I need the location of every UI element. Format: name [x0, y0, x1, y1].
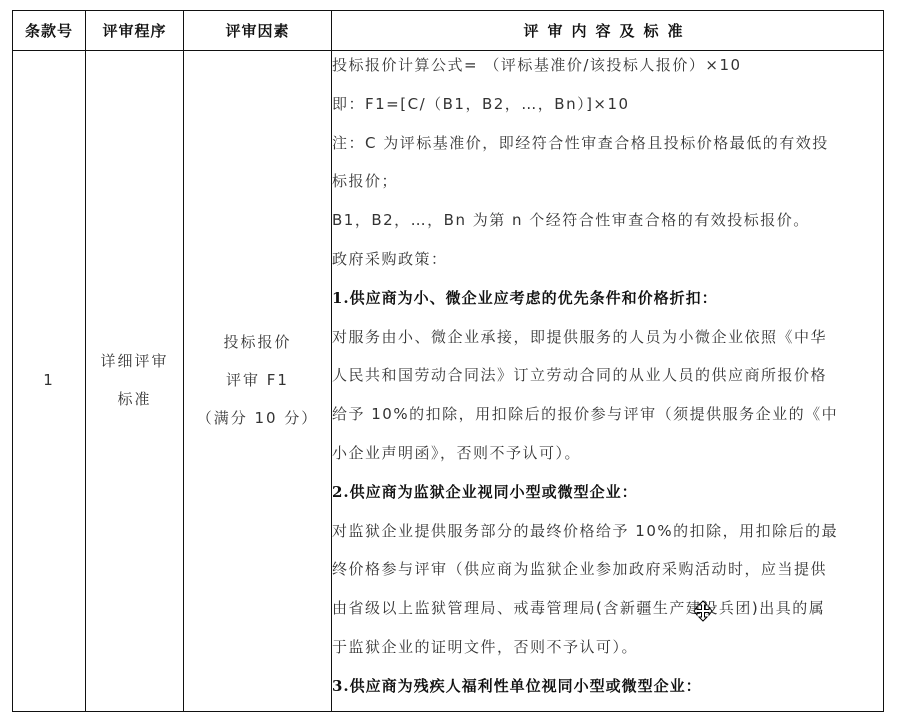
content-cell: 投标报价计算公式= （评标基准价/该投标人报价）×10 即：F1=[C/（B1，… [332, 51, 884, 712]
content-line: 标报价； [332, 167, 883, 206]
content-line: 由省级以上监狱管理局、戒毒管理局(含新疆生产建设兵团)出具的属 [332, 594, 883, 633]
header-review-procedure: 评审程序 [86, 11, 184, 51]
content-line: 即：F1=[C/（B1，B2，…，Bn）]×10 [332, 90, 883, 129]
clause-number: 1 [13, 366, 85, 395]
content-line: 给予 10%的扣除，用扣除后的报价参与评审（须提供服务企业的《中 [332, 400, 883, 439]
policy-heading-3: 3.供应商为残疾人福利性单位视同小型或微型企业： [332, 672, 883, 711]
factor-line: （满分 10 分） [184, 404, 331, 433]
content-line: 于监狱企业的证明文件，否则不予认可）。 [332, 633, 883, 672]
content-line: 终价格参与评审（供应商为监狱企业参加政府采购活动时，应当提供 [332, 555, 883, 594]
factor-line: 评审 F1 [184, 366, 331, 395]
evaluation-criteria-table: 条款号 评审程序 评审因素 评审内容及标准 1 详细评审 标准 投标报价 评审 … [12, 10, 884, 712]
document-page: 条款号 评审程序 评审因素 评审内容及标准 1 详细评审 标准 投标报价 评审 … [0, 0, 897, 726]
policy-heading-2: 2.供应商为监狱企业视同小型或微型企业： [332, 478, 883, 517]
content-line: 对监狱企业提供服务部分的最终价格给予 10%的扣除，用扣除后的最 [332, 517, 883, 556]
procedure-line: 详细评审 [86, 347, 183, 376]
clause-number-cell: 1 [13, 51, 86, 712]
content-line: 人民共和国劳动合同法》订立劳动合同的从业人员的供应商所报价格 [332, 361, 883, 400]
content-line: 注：C 为评标基准价，即经符合性审查合格且投标价格最低的有效投 [332, 129, 883, 168]
content-line: B1，B2，…，Bn 为第 n 个经符合性审查合格的有效投标报价。 [332, 206, 883, 245]
header-review-factor: 评审因素 [184, 11, 332, 51]
factor-line: 投标报价 [184, 328, 331, 357]
header-clause-no: 条款号 [13, 11, 86, 51]
policy-heading-1: 1.供应商为小、微企业应考虑的优先条件和价格折扣： [332, 284, 883, 323]
content-line: 政府采购政策： [332, 245, 883, 284]
procedure-line: 标准 [86, 385, 183, 414]
factor-cell: 投标报价 评审 F1 （满分 10 分） [184, 51, 332, 712]
table-row: 1 详细评审 标准 投标报价 评审 F1 （满分 10 分） 投标报价计算公式=… [13, 51, 884, 712]
table-header-row: 条款号 评审程序 评审因素 评审内容及标准 [13, 11, 884, 51]
header-review-content: 评审内容及标准 [332, 11, 884, 51]
content-line: 投标报价计算公式= （评标基准价/该投标人报价）×10 [332, 51, 883, 90]
content-line: 小企业声明函》，否则不予认可）。 [332, 439, 883, 478]
procedure-cell: 详细评审 标准 [86, 51, 184, 712]
content-line: 对服务由小、微企业承接，即提供服务的人员为小微企业依照《中华 [332, 323, 883, 362]
